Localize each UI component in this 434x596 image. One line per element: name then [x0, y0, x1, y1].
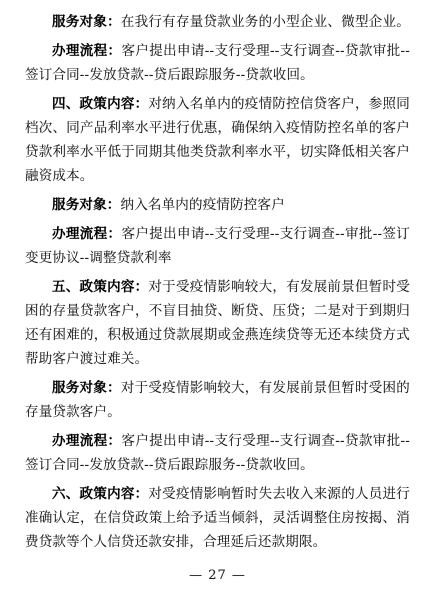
text-line: 服务对象：纳入名单内的疫情防控客户	[25, 193, 410, 217]
body-text: 在我行有存量贷款业务的小型企业、微型企业。	[121, 14, 410, 30]
text-line: 服务对象：对于受疫情影响较大，有发展前景但暂时受困的	[25, 376, 410, 400]
body-text: 融资成本。	[25, 168, 94, 184]
bold-label: 服务对象：	[52, 380, 121, 396]
text-line: 费贷款等个人信贷还款安排，合理延后还款期限。	[25, 530, 410, 554]
text-line: 存量贷款客户。	[25, 400, 410, 424]
text-line: 贷款利率水平低于同期其他类贷款利率水平，切实降低相关客户	[25, 140, 410, 164]
text-lines: 服务对象：在我行有存量贷款业务的小型企业、微型企业。办理流程：客户提出申请--支…	[25, 10, 410, 554]
body-text: 费贷款等个人信贷还款安排，合理延后还款期限。	[25, 534, 326, 550]
bold-label: 六、政策内容：	[52, 486, 148, 502]
body-text: 签订合同--发放贷款--贷后跟踪服务--贷款收回。	[25, 67, 314, 83]
body-text: 困的存量贷款客户，不盲目抽贷、断贷、压贷；二是对于到期归	[25, 303, 410, 319]
bold-label: 办理流程：	[52, 226, 121, 242]
text-line: 准确认定，在信贷政策上给予适当倾斜，灵活调整住房按揭、消	[25, 506, 410, 530]
body-text: 还有困难的，积极通过贷款展期或金燕连续贷等无还本续贷方式	[25, 327, 410, 343]
body-text: 帮助客户渡过难关。	[25, 351, 148, 367]
body-text: 贷款利率水平低于同期其他类贷款利率水平，切实降低相关客户	[25, 144, 410, 160]
body-text: 对纳入名单内的疫情防控信贷客户，参照同	[148, 96, 410, 112]
body-text: 客户提出申请--支行受理--支行调查--贷款审批--	[121, 43, 410, 59]
body-text: 纳入名单内的疫情防控客户	[121, 197, 285, 213]
page-number: — 27 —	[25, 566, 410, 586]
text-line: 还有困难的，积极通过贷款展期或金燕连续贷等无还本续贷方式	[25, 323, 410, 347]
text-line: 档次、同产品利率水平进行优惠，确保纳入疫情防控名单的客户	[25, 116, 410, 140]
text-line: 困的存量贷款客户，不盲目抽贷、断贷、压贷；二是对于到期归	[25, 299, 410, 323]
bold-label: 服务对象：	[52, 14, 121, 30]
text-line: 签订合同--发放贷款--贷后跟踪服务--贷款收回。	[25, 63, 410, 87]
text-line: 签订合同--发放贷款--贷后跟踪服务--贷款收回。	[25, 453, 410, 477]
text-line: 办理流程：客户提出申请--支行受理--支行调查--贷款审批--	[25, 39, 410, 63]
text-line: 融资成本。	[25, 164, 410, 188]
body-text: 对于受疫情影响较大，有发展前景但暂时受	[148, 279, 410, 295]
document-page: 服务对象：在我行有存量贷款业务的小型企业、微型企业。办理流程：客户提出申请--支…	[0, 0, 434, 596]
body-text: 对于受疫情影响较大，有发展前景但暂时受困的	[121, 380, 410, 396]
bold-label: 五、政策内容：	[52, 279, 148, 295]
body-text: 准确认定，在信贷政策上给予适当倾斜，灵活调整住房按揭、消	[25, 510, 410, 526]
text-line: 帮助客户渡过难关。	[25, 347, 410, 371]
text-line: 四、政策内容：对纳入名单内的疫情防控信贷客户，参照同	[25, 92, 410, 116]
body-text: 签订合同--发放贷款--贷后跟踪服务--贷款收回。	[25, 457, 314, 473]
text-line: 变更协议--调整贷款利率	[25, 246, 410, 270]
body-text: 档次、同产品利率水平进行优惠，确保纳入疫情防控名单的客户	[25, 120, 410, 136]
body-text: 变更协议--调整贷款利率	[25, 250, 172, 266]
body-text: 客户提出申请--支行受理--支行调查--贷款审批--	[121, 433, 410, 449]
bold-label: 服务对象：	[52, 197, 121, 213]
text-line: 办理流程：客户提出申请--支行受理--支行调查--贷款审批--	[25, 429, 410, 453]
text-line: 办理流程：客户提出申请--支行受理--支行调查--审批--签订	[25, 222, 410, 246]
bold-label: 办理流程：	[52, 433, 121, 449]
bold-label: 四、政策内容：	[52, 96, 148, 112]
body-text: 对受疫情影响暂时失去收入来源的人员进行	[148, 486, 410, 502]
text-line: 六、政策内容：对受疫情影响暂时失去收入来源的人员进行	[25, 482, 410, 506]
text-line: 服务对象：在我行有存量贷款业务的小型企业、微型企业。	[25, 10, 410, 34]
body-text: 存量贷款客户。	[25, 404, 121, 420]
text-line: 五、政策内容：对于受疫情影响较大，有发展前景但暂时受	[25, 275, 410, 299]
body-text: 客户提出申请--支行受理--支行调查--审批--签订	[121, 226, 410, 242]
bold-label: 办理流程：	[52, 43, 121, 59]
